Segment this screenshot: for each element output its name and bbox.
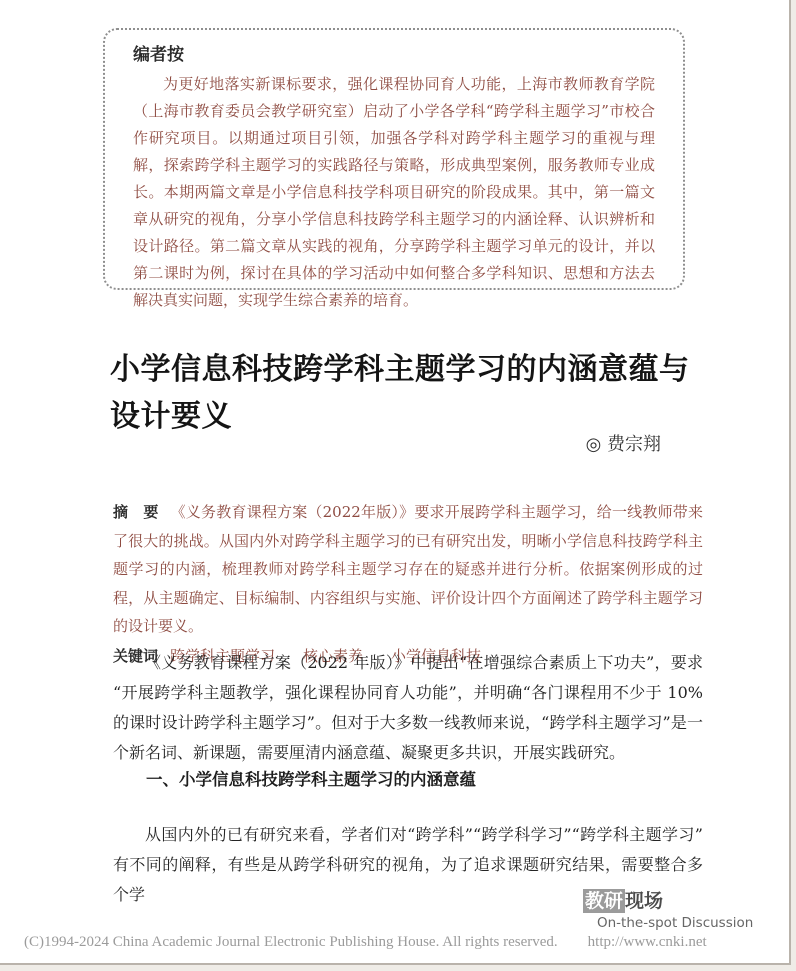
body-paragraph-1: 《义务教育课程方案（2022 年版）》中提出“在增强综合素质上下功夫”，要求“开…	[113, 648, 703, 768]
column-badge-highlight: 教研	[583, 889, 625, 913]
cnki-url: http://www.cnki.net	[588, 934, 707, 950]
article-title: 小学信息科技跨学科主题学习的内涵意蕴与设计要义	[110, 346, 698, 440]
copyright-text: (C)1994-2024 China Academic Journal Elec…	[24, 934, 558, 950]
editor-note-box: 编者按 为更好地落实新课标要求，强化课程协同育人功能，上海市教师教育学院（上海市…	[103, 28, 685, 290]
section-heading-1: 一、小学信息科技跨学科主题学习的内涵意蕴	[113, 766, 703, 790]
column-badge: 教研现场 On-the-spot Discussion	[583, 890, 733, 931]
abstract-label: 摘 要	[113, 503, 159, 521]
column-badge-english: On-the-spot Discussion	[597, 915, 733, 931]
column-badge-rest: 现场	[625, 890, 663, 912]
abstract-text: 《义务教育课程方案（2022年版）》要求开展跨学科主题学习，给一线教师带来了很大…	[113, 503, 703, 635]
column-badge-chinese: 教研现场	[583, 890, 733, 912]
abstract-block: 摘 要《义务教育课程方案（2022年版）》要求开展跨学科主题学习，给一线教师带来…	[113, 498, 703, 670]
journal-page: 编者按 为更好地落实新课标要求，强化课程协同育人功能，上海市教师教育学院（上海市…	[0, 0, 791, 965]
editor-note-label: 编者按	[133, 40, 655, 65]
abstract-paragraph: 摘 要《义务教育课程方案（2022年版）》要求开展跨学科主题学习，给一线教师带来…	[113, 498, 703, 641]
editor-note-body: 为更好地落实新课标要求，强化课程协同育人功能，上海市教师教育学院（上海市教育委员…	[133, 71, 655, 314]
author-name: ◎ 费宗翔	[113, 430, 661, 456]
copyright-footer: (C)1994-2024 China Academic Journal Elec…	[24, 934, 764, 951]
